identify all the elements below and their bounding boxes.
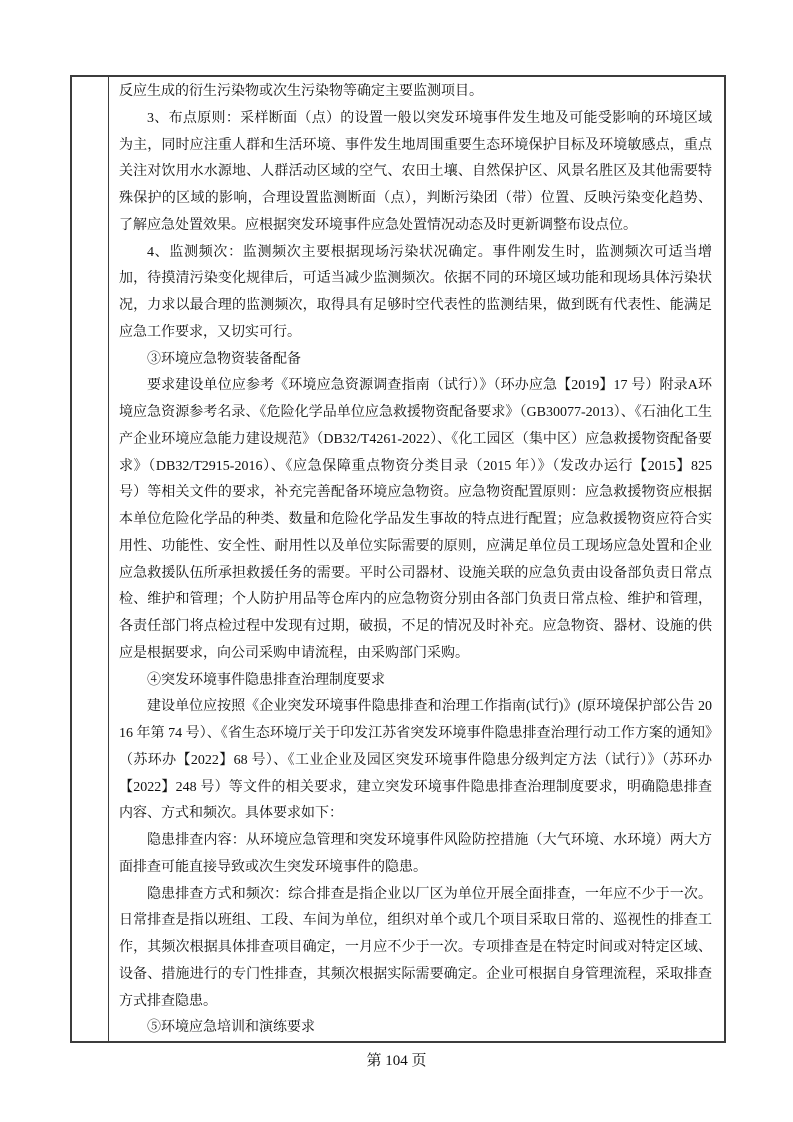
paragraph-continuation: 反应生成的衍生污染物或次生污染物等确定主要监测项目。 <box>119 79 712 106</box>
table-content-cell: 反应生成的衍生污染物或次生污染物等确定主要监测项目。 3、布点原则：采样断面（点… <box>109 77 724 1041</box>
heading-training-drill-requirements: ⑤环境应急培训和演练要求 <box>119 1015 712 1041</box>
heading-hazard-inspection-system: ④突发环境事件隐患排查治理制度要求 <box>119 668 712 695</box>
table-gutter-cell <box>72 77 109 1041</box>
heading-emergency-supplies: ③环境应急物资装备配备 <box>119 347 712 374</box>
paragraph-inspection-method-frequency: 隐患排查方式和频次：综合排查是指企业以厂区为单位开展全面排查，一年应不少于一次。… <box>119 882 712 1016</box>
page-number-footer: 第 104 页 <box>0 1049 793 1070</box>
document-page: 反应生成的衍生污染物或次生污染物等确定主要监测项目。 3、布点原则：采样断面（点… <box>0 0 793 1122</box>
paragraph-sampling-principles: 3、布点原则：采样断面（点）的设置一般以突发环境事件发生地及可能受影响的环境区域… <box>119 106 712 240</box>
paragraph-hazard-inspection-requirements: 建设单位应按照《企业突发环境事件隐患排查和治理工作指南(试行)》(原环境保护部公… <box>119 694 712 828</box>
document-table: 反应生成的衍生污染物或次生污染物等确定主要监测项目。 3、布点原则：采样断面（点… <box>70 75 726 1043</box>
paragraph-monitoring-frequency: 4、监测频次：监测频次主要根据现场污染状况确定。事件刚发生时，监测频次可适当增加… <box>119 240 712 347</box>
paragraph-emergency-supplies: 要求建设单位应参考《环境应急资源调查指南（试行）》（环办应急【2019】17 号… <box>119 373 712 667</box>
paragraph-inspection-content: 隐患排查内容：从环境应急管理和突发环境事件风险防控措施（大气环境、水环境）两大方… <box>119 828 712 882</box>
